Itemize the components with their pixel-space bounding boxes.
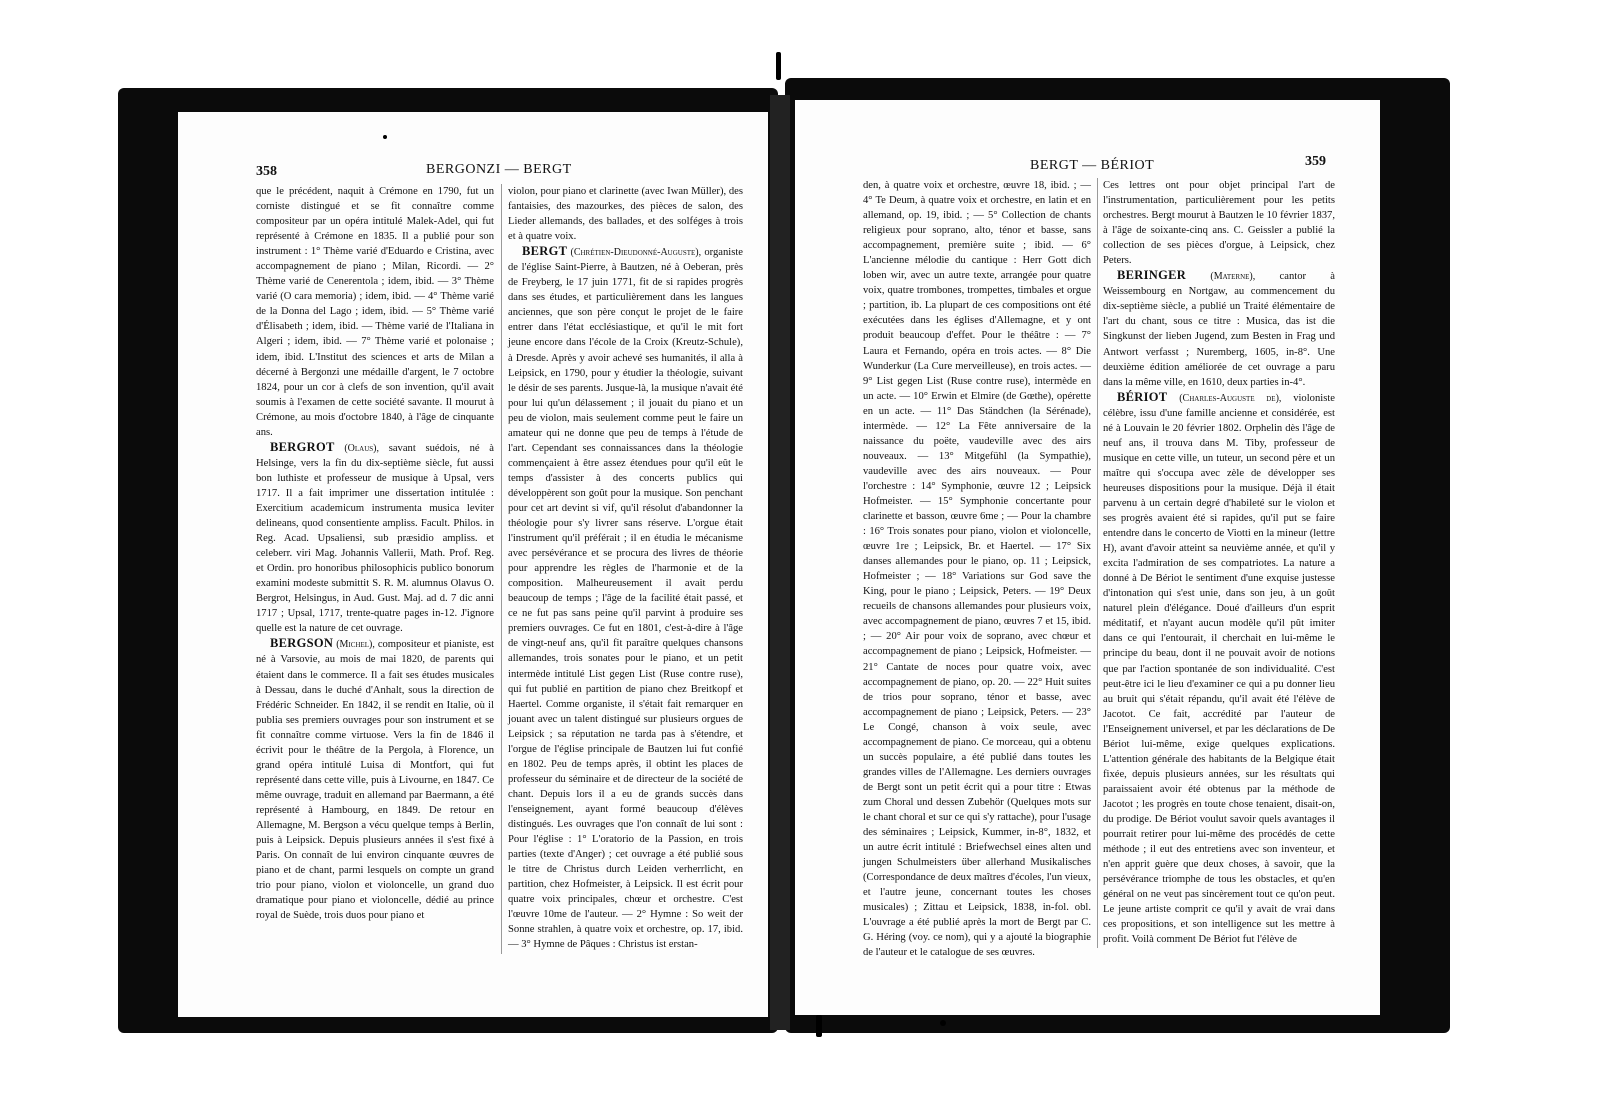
text-column-2: Ces lettres ont pour objet principal l'a… bbox=[1103, 178, 1335, 947]
paragraph: violon, pour piano et clarinette (avec I… bbox=[508, 184, 743, 244]
forename: (Charles-Auguste de), bbox=[1179, 393, 1281, 404]
paragraph: que le précédent, naquit à Crémone en 17… bbox=[256, 184, 494, 440]
column-divider bbox=[1097, 178, 1098, 948]
headword: BÉRIOT bbox=[1117, 390, 1167, 404]
headword: BERGROT bbox=[270, 440, 335, 454]
running-head: BERGONZI — BERGT bbox=[426, 162, 572, 178]
running-head: BERGT — BÉRIOT bbox=[1030, 158, 1154, 174]
forename: (Olaus), bbox=[344, 443, 379, 454]
headword: BERGT bbox=[522, 244, 567, 258]
forename: (Chrétien-Dieudonné-Auguste), bbox=[570, 247, 701, 258]
right-page: BERGT — BÉRIOT 359 den, à quatre voix et… bbox=[795, 100, 1380, 1015]
entry-text: organiste de l'église Saint-Pierre, à Ba… bbox=[508, 247, 743, 950]
dictionary-entry: BERGSON (Michel), compositeur et pianist… bbox=[256, 636, 494, 923]
column-divider bbox=[501, 184, 502, 954]
headword: BERINGER bbox=[1117, 268, 1186, 282]
forename: (Michel), bbox=[336, 639, 375, 650]
page-number: 359 bbox=[1305, 154, 1326, 170]
page-number: 358 bbox=[256, 164, 277, 180]
scan-speck bbox=[776, 52, 781, 80]
scan-speck bbox=[383, 135, 387, 139]
entry-text: violoniste célèbre, issu d'une famille a… bbox=[1103, 393, 1335, 946]
entry-text: compositeur et pianiste, est né à Varsov… bbox=[256, 639, 494, 921]
text-column-2: violon, pour piano et clarinette (avec I… bbox=[508, 184, 743, 952]
headword: BERGSON bbox=[270, 636, 333, 650]
scan-speck bbox=[816, 1015, 822, 1037]
paragraph: den, à quatre voix et orchestre, œuvre 1… bbox=[863, 178, 1091, 960]
left-page: 358 BERGONZI — BERGT que le précédent, n… bbox=[178, 112, 768, 1017]
entry-text: savant suédois, né à Helsinge, vers la f… bbox=[256, 443, 494, 635]
binding-gutter bbox=[770, 95, 790, 1030]
text-column-1: den, à quatre voix et orchestre, œuvre 1… bbox=[863, 178, 1091, 960]
entry-text: cantor à Weissembourg en Nortgaw, au com… bbox=[1103, 271, 1335, 387]
dictionary-entry: BERINGER (Materne), cantor à Weissembour… bbox=[1103, 268, 1335, 389]
dictionary-entry: BERGROT (Olaus), savant suédois, né à He… bbox=[256, 440, 494, 637]
dictionary-entry: BÉRIOT (Charles-Auguste de), violoniste … bbox=[1103, 390, 1335, 948]
scan-speck bbox=[940, 1020, 946, 1026]
dictionary-entry: BERGT (Chrétien-Dieudonné-Auguste), orga… bbox=[508, 244, 743, 952]
text-column-1: que le précédent, naquit à Crémone en 17… bbox=[256, 184, 494, 923]
forename: (Materne), bbox=[1210, 271, 1255, 282]
paragraph: Ces lettres ont pour objet principal l'a… bbox=[1103, 178, 1335, 268]
